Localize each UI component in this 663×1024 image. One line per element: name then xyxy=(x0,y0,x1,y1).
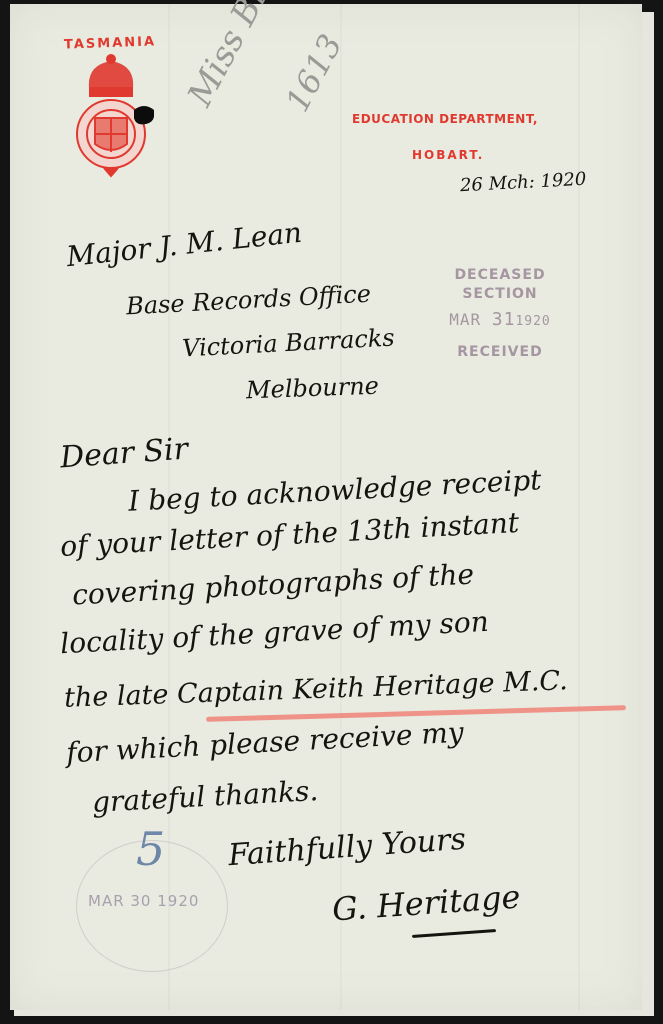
addressee-barracks: Victoria Barracks xyxy=(181,323,395,362)
letter-date: 26 Mch: 1920 xyxy=(460,169,587,197)
closing: Faithfully Yours xyxy=(227,822,467,874)
blue-pencil-number: 5 xyxy=(136,822,165,876)
bottom-stamp-date: MAR 30 1920 xyxy=(88,892,199,910)
letterhead-department: EDUCATION DEPARTMENT, xyxy=(352,112,538,126)
body-line-4: locality of the grave of my son xyxy=(59,605,489,660)
royal-crest-icon xyxy=(68,52,154,182)
letterhead-state: TASMANIA xyxy=(64,34,157,52)
signature-underline xyxy=(412,929,496,938)
addressee-office: Base Records Office xyxy=(125,280,371,321)
letter-page: TASMANIA Miss Blue 1613 EDUCATION DEPART… xyxy=(10,4,642,1010)
stamp-line-received: RECEIVED xyxy=(430,343,570,362)
pencil-note-number: 1613 xyxy=(278,28,350,118)
stamp-line-deceased: DECEASED xyxy=(430,266,570,285)
stamp-line-section: SECTION xyxy=(430,285,570,304)
signature: G. Heritage xyxy=(331,877,522,928)
stamp-date-day: 31 xyxy=(492,309,516,330)
stamp-date-month: MAR xyxy=(449,310,481,329)
body-line-5: the late Captain Keith Heritage M.C. xyxy=(64,665,569,714)
stamp-date: MAR 311920 xyxy=(430,310,570,331)
addressee-name: Major J. M. Lean xyxy=(65,216,304,274)
addressee-city: Melbourne xyxy=(246,372,380,405)
body-line-3: covering photographs of the xyxy=(71,557,474,611)
stamp-date-year: 1920 xyxy=(515,314,550,329)
body-line-7: grateful thanks. xyxy=(91,774,319,819)
letterhead-city: HOBART. xyxy=(412,148,484,162)
pencil-note-name: Miss Blue xyxy=(180,0,295,113)
body-line-6: for which please receive my xyxy=(65,716,464,770)
deceased-section-stamp: DECEASED SECTION MAR 311920 RECEIVED xyxy=(430,266,570,362)
salutation: Dear Sir xyxy=(59,432,189,476)
